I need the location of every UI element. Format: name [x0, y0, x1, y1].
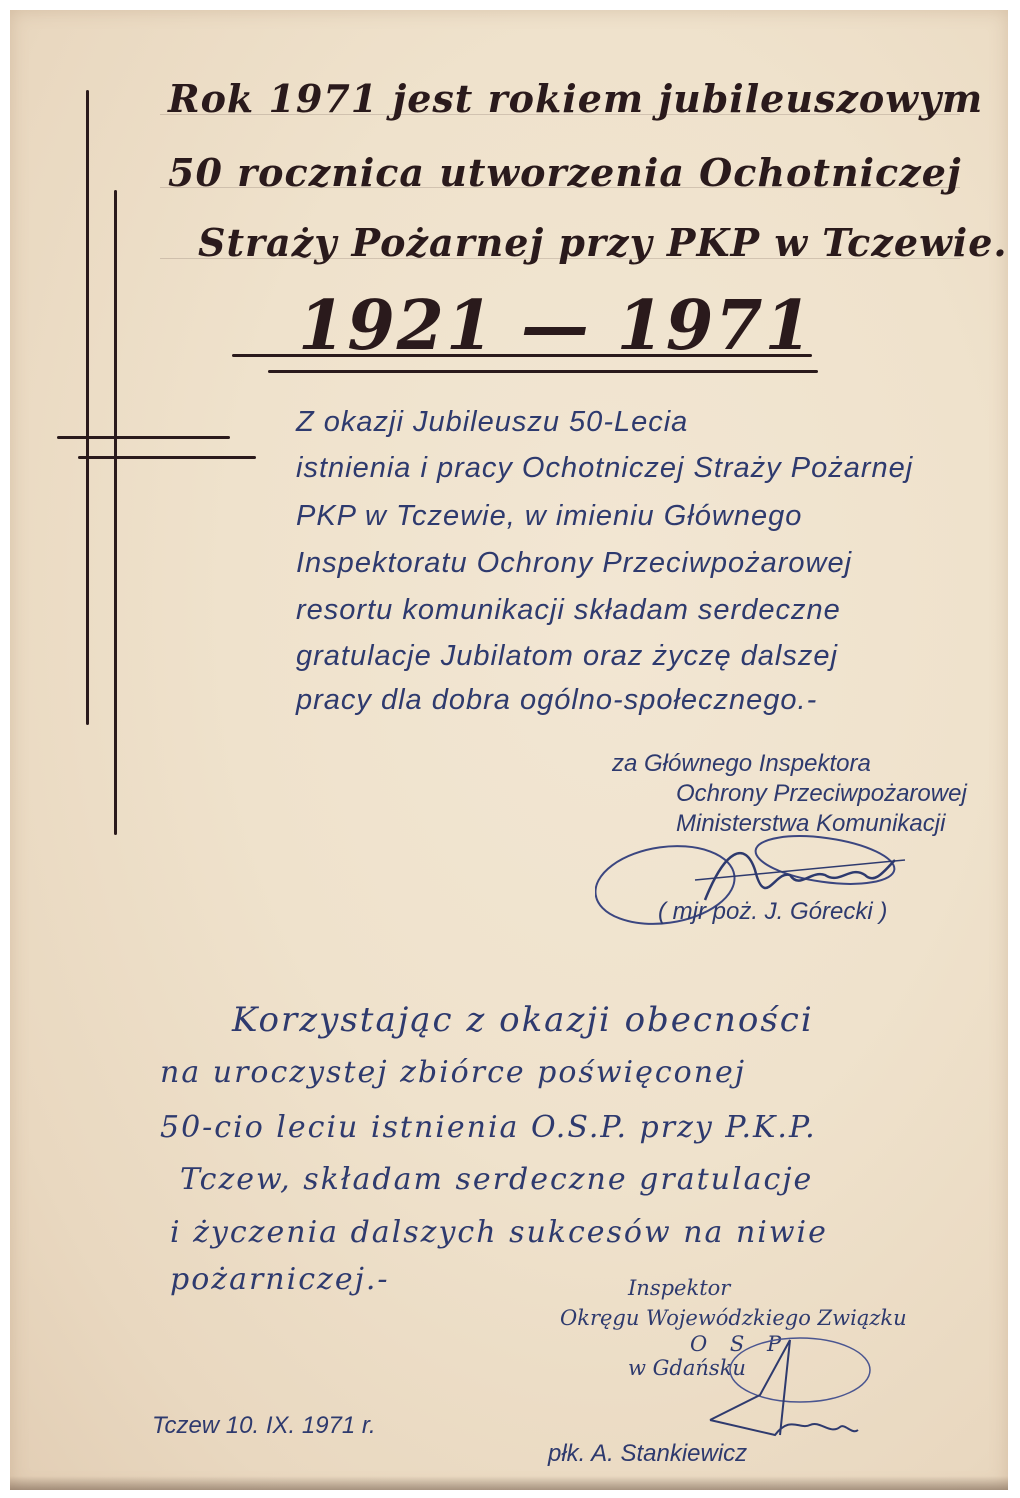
header-line-1: Rok 1971 jest rokiem jubileuszowym: [168, 76, 983, 121]
years-underline-2: [268, 370, 818, 373]
entry2-line-4: Tczew, składam serdeczne gratulacje: [180, 1162, 813, 1197]
entry2-line-3: 50-cio leciu istnienia O.S.P. przy P.K.P…: [160, 1110, 817, 1145]
entry1-line-7: pracy dla dobra ogólno-społecznego.-: [296, 684, 817, 717]
entry2-sig-line-2: Okręgu Wojewódzkiego Związku: [560, 1306, 907, 1330]
entry1-signer-name: ( mjr poż. J. Górecki ): [658, 898, 887, 926]
entry2-line-5: i życzenia dalszych sukcesów na niwie: [170, 1215, 828, 1250]
signature-stankiewicz-icon: [680, 1335, 910, 1455]
header-years: 1921 — 1971: [298, 286, 814, 366]
margin-horizontal-line-1: [57, 436, 230, 439]
entry1-sig-line-1: za Głównego Inspektora: [612, 750, 871, 778]
entry1-line-2: istnienia i pracy Ochotniczej Straży Poż…: [296, 452, 913, 485]
margin-vertical-line-2: [114, 190, 117, 835]
entry2-signer-name: płk. A. Stankiewicz: [548, 1440, 747, 1468]
entry1-line-1: Z okazji Jubileuszu 50-Lecia: [296, 406, 688, 439]
entry1-line-3: PKP w Tczewie, w imieniu Głównego: [296, 500, 802, 533]
margin-vertical-line-1: [86, 90, 89, 725]
entry2-line-2: na uroczystej zbiórce poświęconej: [160, 1055, 746, 1090]
margin-horizontal-line-2: [78, 456, 256, 459]
entry1-line-6: gratulacje Jubilatom oraz życzę dalszej: [296, 640, 838, 673]
entry2-sig-line-1: Inspektor: [628, 1276, 730, 1300]
entry2-line-1: Korzystając z okazji obecności: [232, 1000, 814, 1040]
entry1-sig-line-2: Ochrony Przeciwpożarowej: [676, 780, 967, 808]
entry1-line-4: Inspektoratu Ochrony Przeciwpożarowej: [296, 547, 852, 580]
place-date: Tczew 10. IX. 1971 r.: [152, 1412, 376, 1440]
header-line-3: Straży Pożarnej przy PKP w Tczewie.: [198, 220, 1008, 265]
entry2-line-6: pożarniczej.-: [170, 1262, 390, 1297]
entry1-line-5: resortu komunikacji składam serdeczne: [296, 594, 841, 627]
header-line-2: 50 rocznica utworzenia Ochotniczej: [168, 150, 962, 195]
